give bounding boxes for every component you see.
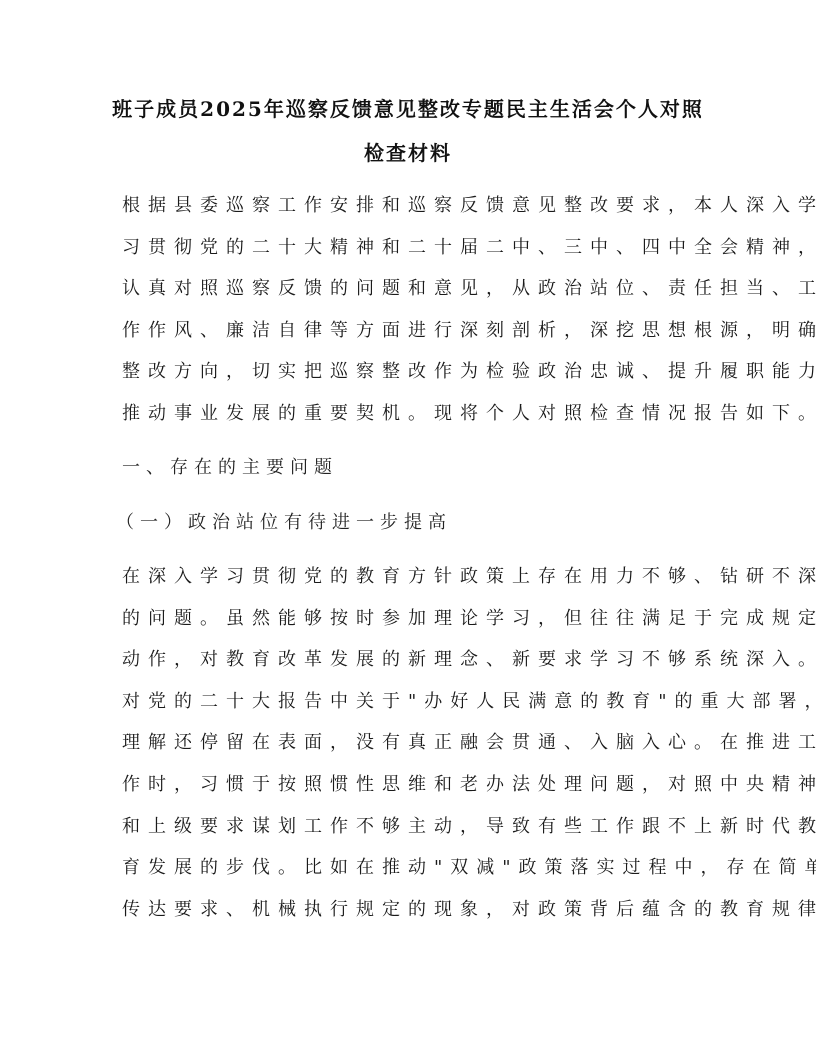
document-title-line-2: 检查材料 [100, 141, 716, 165]
paragraph-line: 推动事业发展的重要契机。现将个人对照检查情况报告如下。 [122, 402, 702, 444]
paragraph-line: 根据县委巡察工作安排和巡察反馈意见整改要求，本人深入学 [122, 194, 702, 236]
paragraph-line: 动作，对教育改革发展的新理念、新要求学习不够系统深入。 [122, 648, 702, 690]
subsection-heading-block: （一）政治站位有待进一步提高 [122, 511, 702, 535]
section-heading-block: 一、存在的主要问题 [122, 456, 702, 480]
paragraph-line: 的问题。虽然能够按时参加理论学习，但往往满足于完成规定 [122, 607, 702, 649]
subsection-paragraph: 在深入学习贯彻党的教育方针政策上存在用力不够、钻研不深 的问题。虽然能够按时参加… [122, 565, 702, 939]
paragraph-line: 整改方向，切实把巡察整改作为检验政治忠诚、提升履职能力、 [122, 360, 702, 402]
intro-paragraph: 根据县委巡察工作安排和巡察反馈意见整改要求，本人深入学 习贯彻党的二十大精神和二… [122, 194, 702, 444]
paragraph-line: 传达要求、机械执行规定的现象，对政策背后蕴含的教育规律 [122, 898, 702, 940]
document-title-line-1: 班子成员2025年巡察反馈意见整改专题民主生活会个人对照 [100, 97, 716, 121]
subsection-heading: （一）政治站位有待进一步提高 [116, 511, 702, 535]
paragraph-line: 和上级要求谋划工作不够主动，导致有些工作跟不上新时代教 [122, 815, 702, 857]
paragraph-line: 认真对照巡察反馈的问题和意见，从政治站位、责任担当、工 [122, 277, 702, 319]
paragraph-line: 育发展的步伐。比如在推动"双减"政策落实过程中，存在简单 [122, 856, 702, 898]
paragraph-line: 作作风、廉洁自律等方面进行深刻剖析，深挖思想根源，明确 [122, 319, 702, 361]
document-page: 班子成员2025年巡察反馈意见整改专题民主生活会个人对照 检查材料 根据县委巡察… [0, 0, 816, 1056]
paragraph-line: 习贯彻党的二十大精神和二十届二中、三中、四中全会精神， [122, 236, 702, 278]
section-heading: 一、存在的主要问题 [122, 456, 702, 480]
paragraph-line: 对党的二十大报告中关于"办好人民满意的教育"的重大部署， [122, 690, 702, 732]
paragraph-line: 作时，习惯于按照惯性思维和老办法处理问题，对照中央精神 [122, 773, 702, 815]
paragraph-line: 理解还停留在表面，没有真正融会贯通、入脑入心。在推进工 [122, 731, 702, 773]
paragraph-line: 在深入学习贯彻党的教育方针政策上存在用力不够、钻研不深 [122, 565, 702, 607]
